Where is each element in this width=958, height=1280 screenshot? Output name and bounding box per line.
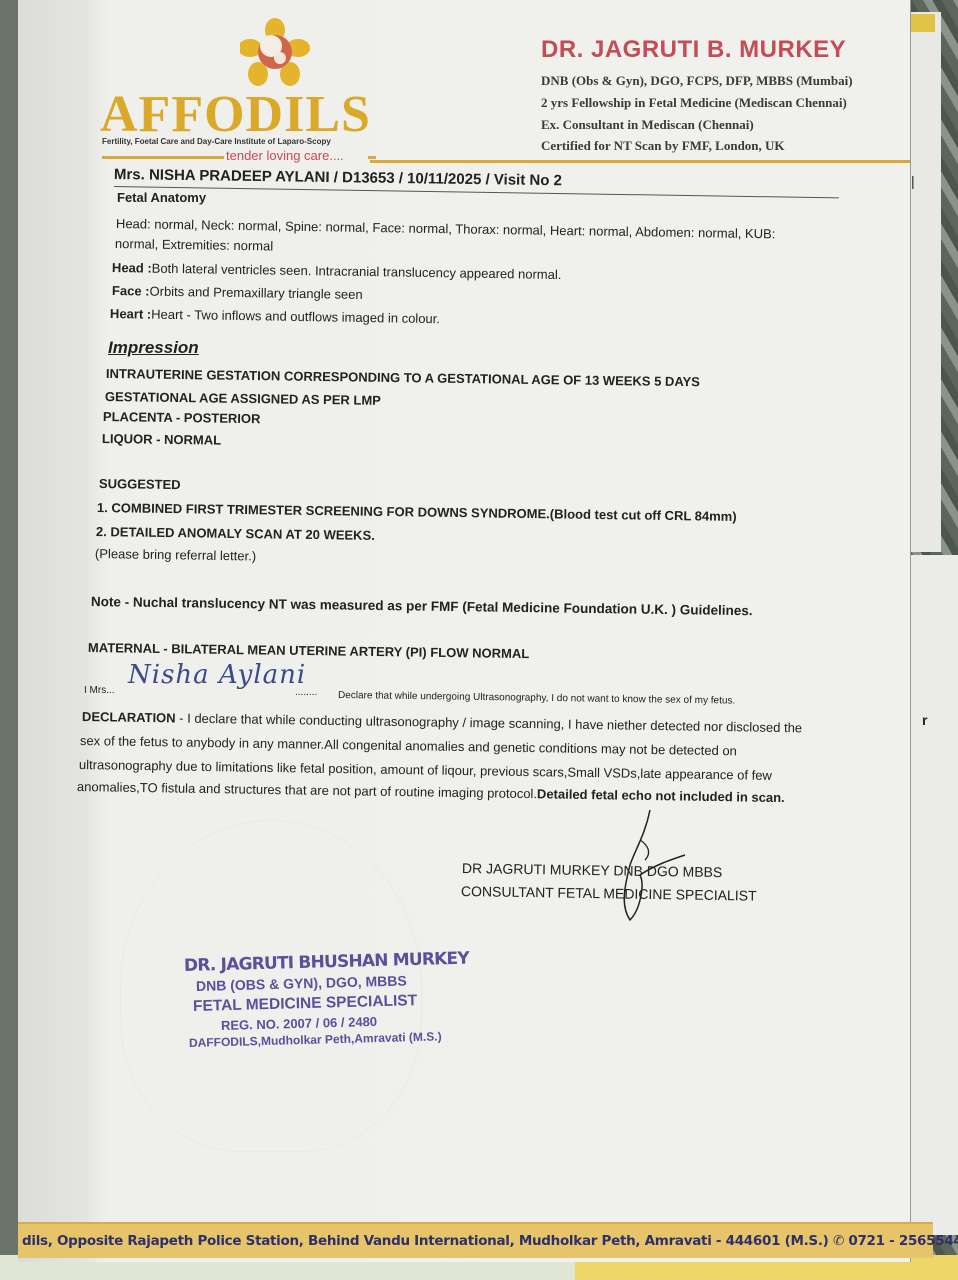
logo-text: AFFODILS <box>100 86 371 143</box>
daffodil-baby-logo-icon <box>240 18 310 88</box>
footer-phone: 0721 - 2565544 <box>848 1233 958 1249</box>
footer-contact: dils, Opposite Rajapeth Police Station, … <box>22 1233 958 1249</box>
impression-liquor: LIQUOR - NORMAL <box>102 431 221 448</box>
fetal-anatomy-title: Fetal Anatomy <box>117 190 206 205</box>
heart-label: Heart : <box>110 306 151 322</box>
letterhead-rule <box>370 160 910 163</box>
patient-signature: Nisha Aylani <box>128 660 306 690</box>
impression-title: Impression <box>108 338 199 358</box>
doctor-fellowship: 2 yrs Fellowship in Fetal Medicine (Medi… <box>541 95 847 111</box>
clinic-slogan: tender loving care.... <box>226 148 344 163</box>
doctor-qualification: DNB (Obs & Gyn), DGO, FCPS, DFP, MBBS (M… <box>541 73 853 89</box>
slogan-rule-right <box>368 156 376 159</box>
page-curl-shadow <box>18 0 88 1262</box>
underlying-page-mark: | <box>911 173 915 189</box>
phone-icon: ✆ <box>833 1233 844 1249</box>
head-label: Head : <box>112 260 152 276</box>
suggested-title: SUGGESTED <box>99 476 181 492</box>
fetal-anatomy-summary-cont: normal, Extremities: normal <box>115 236 273 253</box>
slogan-rule-left <box>102 156 224 159</box>
doctor-certification: Certified for NT Scan by FMF, London, UK <box>541 138 785 154</box>
patient-declaration-prefix: I Mrs... <box>84 685 115 696</box>
declaration-label: DECLARATION <box>82 709 176 725</box>
footer-address: dils, Opposite Rajapeth Police Station, … <box>22 1233 829 1249</box>
doctor-name-heading: DR. JAGRUTI B. MURKEY <box>541 36 846 64</box>
referral-note: (Please bring referral letter.) <box>95 546 256 564</box>
clinic-tagline: Fertility, Foetal Care and Day-Care Inst… <box>102 137 331 146</box>
impression-placenta: PLACENTA - POSTERIOR <box>103 409 261 426</box>
underlying-page-mark: r <box>922 712 927 728</box>
face-label: Face : <box>112 283 150 299</box>
doctor-experience: Ex. Consultant in Mediscan (Chennai) <box>541 117 754 133</box>
clinic-logo-wordmark: AFFODILS <box>100 85 371 144</box>
patient-declaration-dots: ........ <box>295 687 317 698</box>
underlying-sheet-lower <box>910 555 958 1235</box>
